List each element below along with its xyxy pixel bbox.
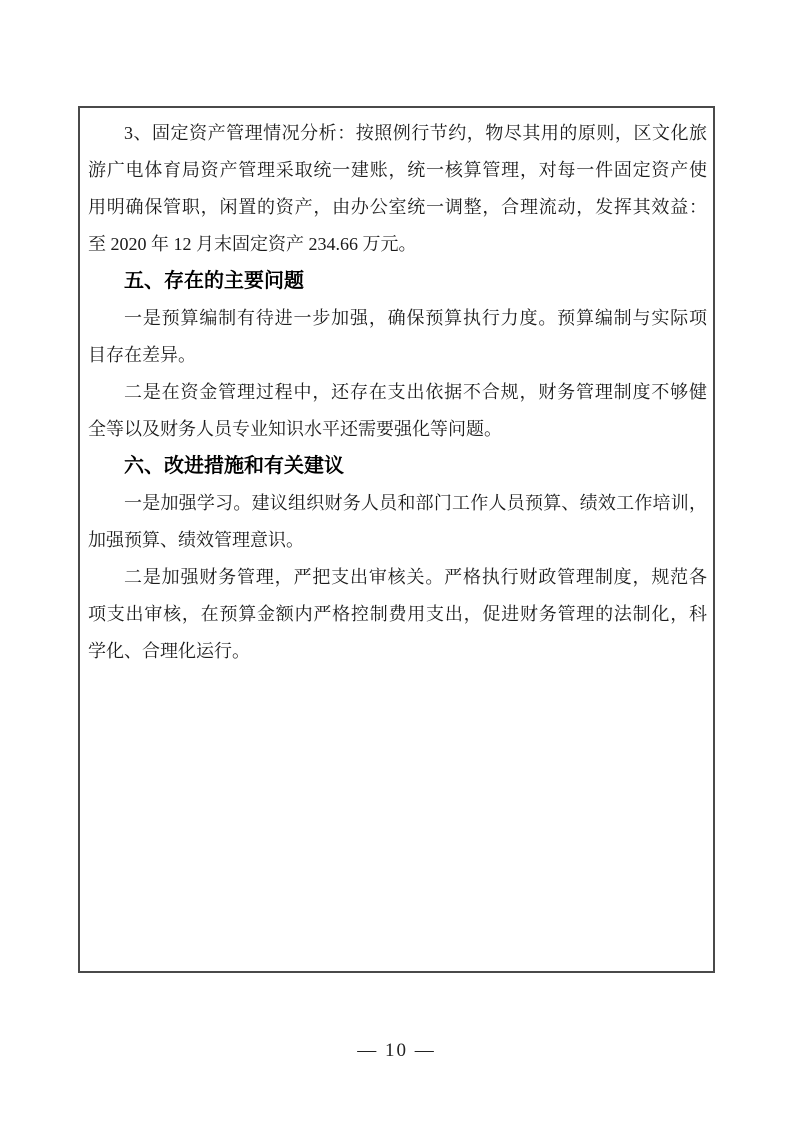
text-line: 3、固定资产管理情况分析：按照例行节约，物尽其用的原则，区文化旅 <box>88 115 707 152</box>
text-line: 用明确保管职，闲置的资产，由办公室统一调整，合理流动，发挥其效益： <box>88 189 707 226</box>
section-heading: 五、存在的主要问题 <box>88 263 707 300</box>
text-line: 一是加强学习。建议组织财务人员和部门工作人员预算、绩效工作培训， <box>88 485 707 522</box>
content-frame: 3、固定资产管理情况分析：按照例行节约，物尽其用的原则，区文化旅游广电体育局资产… <box>78 106 715 973</box>
document-body: 3、固定资产管理情况分析：按照例行节约，物尽其用的原则，区文化旅游广电体育局资产… <box>80 108 713 670</box>
section-heading: 六、改进措施和有关建议 <box>88 448 707 485</box>
text-line: 加强预算、绩效管理意识。 <box>88 522 707 559</box>
text-line: 项支出审核，在预算金额内严格控制费用支出，促进财务管理的法制化，科 <box>88 596 707 633</box>
text-line: 学化、合理化运行。 <box>88 633 707 670</box>
text-line: 二是在资金管理过程中，还存在支出依据不合规，财务管理制度不够健 <box>88 374 707 411</box>
text-line: 至 2020 年 12 月末固定资产 234.66 万元。 <box>88 226 707 263</box>
document-page: 3、固定资产管理情况分析：按照例行节约，物尽其用的原则，区文化旅游广电体育局资产… <box>0 0 793 1122</box>
text-line: 目存在差异。 <box>88 337 707 374</box>
text-line: 游广电体育局资产管理采取统一建账，统一核算管理，对每一件固定资产使 <box>88 152 707 189</box>
text-line: 一是预算编制有待进一步加强，确保预算执行力度。预算编制与实际项 <box>88 300 707 337</box>
text-line: 全等以及财务人员专业知识水平还需要强化等问题。 <box>88 411 707 448</box>
page-number: — 10 — <box>0 1032 793 1069</box>
text-line: 二是加强财务管理，严把支出审核关。严格执行财政管理制度，规范各 <box>88 559 707 596</box>
